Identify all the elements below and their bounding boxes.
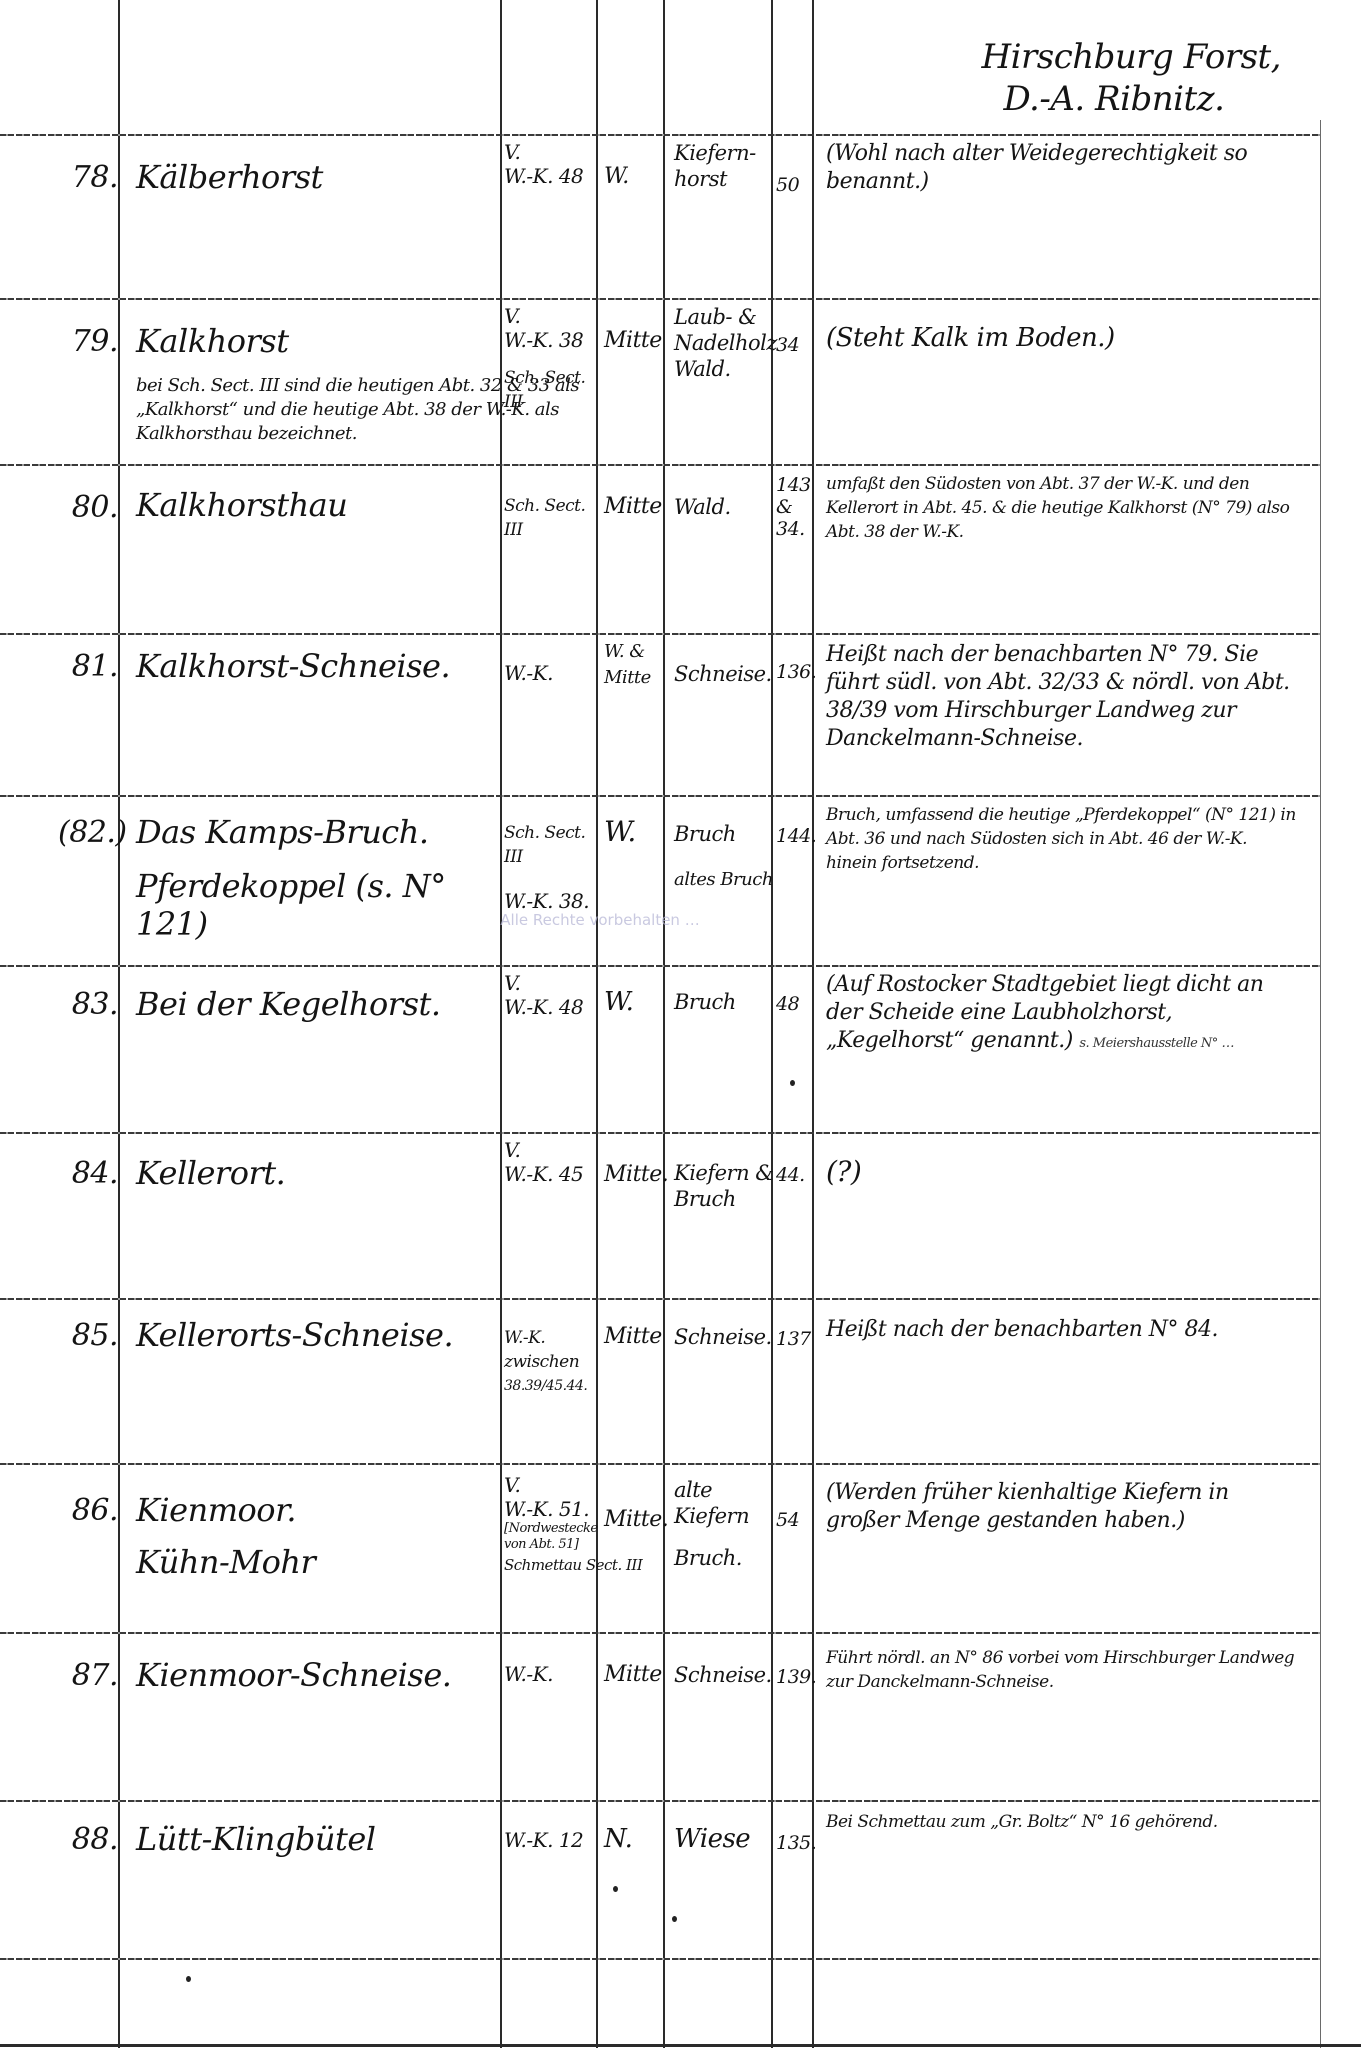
entry-number: 83.: [58, 987, 118, 1022]
source-line: W.-K. 48: [504, 164, 604, 188]
type-cell: Wiese: [674, 1826, 774, 1852]
remark: Führt nördl. an N° 86 vorbei vom Hirschb…: [826, 1646, 1296, 1694]
source-line: V.: [504, 1473, 604, 1497]
row-rule: [0, 1958, 1320, 1960]
place-name: Kellerort.: [136, 1154, 496, 1192]
ref-number: 137: [776, 1328, 810, 1350]
location-header: Hirschburg Forst, D.-A. Ribnitz.: [981, 36, 1281, 120]
scan-speck: [613, 1886, 618, 1892]
type-cell: alte Kiefern Bruch.: [674, 1477, 774, 1571]
source-line: W.-K. zwischen: [504, 1326, 604, 1374]
place-name-alt: Pferdekoppel (s. N° 121): [136, 867, 496, 943]
type-cell: Bruch altes Bruch: [674, 821, 774, 893]
position-cell: W.: [604, 164, 662, 190]
position-cell: Mitte.: [604, 1507, 662, 1533]
source-line: 38.39/45.44.: [504, 1374, 604, 1398]
place-name: Kienmoor.: [136, 1491, 496, 1529]
source-line: V.: [504, 971, 604, 995]
place-name: Kalkhorst-Schneise.: [136, 647, 496, 685]
table-row: 83. Bei der Kegelhorst. V. W.-K. 48 W. B…: [0, 965, 1361, 1132]
source-line: Schmettau Sect. III: [504, 1553, 604, 1577]
source-cell: V. W.-K. 51. [Nordwestecke von Abt. 51] …: [504, 1473, 604, 1577]
header-line-1: Hirschburg Forst,: [981, 36, 1281, 78]
remark: (Steht Kalk im Boden.): [826, 324, 1296, 352]
place-name: Kalkhorsthau: [136, 486, 496, 524]
table-row: 79. Kalkhorst bei Sch. Sect. III sind di…: [0, 298, 1361, 464]
source-cell: W.-K.: [504, 661, 604, 685]
table-row: (82.) Das Kamps-Bruch. Pferdekoppel (s. …: [0, 795, 1361, 965]
position-cell: N.: [604, 1826, 662, 1852]
source-line: [Nordwestecke von Abt. 51]: [504, 1521, 604, 1553]
remark: Bruch, umfassend die heutige „Pferdekopp…: [826, 803, 1296, 875]
type-cell: Kiefern & Bruch: [674, 1160, 774, 1212]
table-row: 86. Kienmoor. Kühn-Mohr V. W.-K. 51. [No…: [0, 1463, 1361, 1632]
source-line: W.-K. 51.: [504, 1497, 604, 1521]
ref-number: 144.: [776, 825, 810, 847]
source-cell: W.-K.: [504, 1662, 604, 1686]
header-line-2: D.-A. Ribnitz.: [981, 78, 1281, 120]
source-line: Sch. Sect. III: [504, 821, 604, 869]
place-name: Kellerorts-Schneise.: [136, 1316, 496, 1354]
source-line: W.-K. 48: [504, 995, 604, 1019]
ref-number: 48: [776, 993, 810, 1015]
remark: Heißt nach der benachbarten N° 79. Sie f…: [826, 641, 1296, 753]
ref-number: 143 & 34.: [776, 474, 810, 540]
position-cell: Mitte: [604, 1662, 662, 1688]
source-cell: V. W.-K. 48: [504, 140, 604, 188]
type-line: alte Kiefern: [674, 1477, 774, 1529]
ref-number: 135.: [776, 1832, 810, 1854]
place-name: Lütt-Klingbütel: [136, 1820, 496, 1858]
source-line: W.-K. 45: [504, 1162, 604, 1186]
ref-number: 34: [776, 334, 810, 356]
ref-number: 139.: [776, 1666, 810, 1688]
source-cell: Sch. Sect. III: [504, 494, 604, 542]
source-line: V.: [504, 1138, 604, 1162]
entry-number: 87.: [58, 1658, 118, 1693]
scan-speck: [672, 1916, 677, 1922]
source-cell: V. W.-K. 38 Sch. Sect. III: [504, 304, 604, 414]
entry-number: 80.: [58, 490, 118, 525]
ledger-page: Hirschburg Forst, D.-A. Ribnitz. Alle Re…: [0, 0, 1361, 2048]
position-cell: Mitte.: [604, 1162, 662, 1188]
position-cell: Mitte: [604, 328, 662, 354]
position-cell: W.: [604, 819, 662, 845]
source-line: W.-K. 38.: [504, 889, 604, 913]
type-cell: Wald.: [674, 494, 774, 520]
source-cell: W.-K. zwischen 38.39/45.44.: [504, 1326, 604, 1398]
position-cell: W. & Mitte: [604, 639, 662, 691]
entry-number: 85.: [58, 1318, 118, 1353]
place-name: Kälberhorst: [136, 158, 496, 196]
bottom-rule: [0, 2044, 1361, 2047]
remark: (Werden früher kienhaltige Kiefern in gr…: [826, 1479, 1296, 1535]
entry-number: 84.: [58, 1156, 118, 1191]
scan-speck: [790, 1080, 795, 1086]
place-name: Kalkhorst: [136, 322, 289, 360]
table-row: 85. Kellerorts-Schneise. W.-K. zwischen …: [0, 1298, 1361, 1463]
place-name-cell: Kalkhorst bei Sch. Sect. III sind die he…: [136, 322, 496, 446]
source-cell: W.-K. 12: [504, 1828, 604, 1852]
entry-number: 81.: [58, 649, 118, 684]
scan-speck: [186, 1976, 191, 1982]
source-cell: Sch. Sect. III W.-K. 38.: [504, 821, 604, 913]
type-line: Bruch.: [674, 1545, 774, 1571]
table-row: 87. Kienmoor-Schneise. W.-K. Mitte Schne…: [0, 1632, 1361, 1800]
entry-number: 79.: [58, 324, 118, 359]
remark: (Wohl nach alter Weidegerechtigkeit so b…: [826, 140, 1296, 196]
entry-number: (82.): [58, 815, 118, 850]
entry-number: 86.: [58, 1493, 118, 1528]
remark: (?): [826, 1158, 1296, 1186]
type-cell: Schneise.: [674, 1662, 774, 1688]
position-cell: Mitte: [604, 494, 662, 520]
remark-note: s. Meiershausstelle N° …: [1079, 1036, 1234, 1051]
table-row: 78. Kälberhorst V. W.-K. 48 W. Kiefern-h…: [0, 134, 1361, 298]
place-name-cell: Kienmoor. Kühn-Mohr: [136, 1491, 496, 1581]
source-line: V.: [504, 140, 604, 164]
type-cell: Schneise.: [674, 661, 774, 687]
table-row: 88. Lütt-Klingbütel W.-K. 12 N. Wiese 13…: [0, 1800, 1361, 1958]
remark: umfaßt den Südosten von Abt. 37 der W.-K…: [826, 472, 1296, 544]
source-cell: V. W.-K. 45: [504, 1138, 604, 1186]
remark-cell: (Auf Rostocker Stadtgebiet liegt dicht a…: [826, 971, 1296, 1058]
place-name: Bei der Kegelhorst.: [136, 985, 496, 1023]
ref-number: 54: [776, 1509, 810, 1531]
type-line: Bruch: [674, 821, 774, 847]
source-cell: V. W.-K. 48: [504, 971, 604, 1019]
position-cell: W.: [604, 989, 662, 1015]
source-line: Sch. Sect. III: [504, 366, 604, 414]
place-name-alt: Kühn-Mohr: [136, 1543, 496, 1581]
source-line: V.: [504, 304, 604, 328]
table-row: 81. Kalkhorst-Schneise. W.-K. W. & Mitte…: [0, 633, 1361, 795]
type-cell: Bruch: [674, 989, 774, 1015]
type-cell: Laub- & Nadelholz Wald.: [674, 304, 774, 382]
entry-number: 78.: [58, 160, 118, 195]
place-name: Kienmoor-Schneise.: [136, 1656, 496, 1694]
ref-number: 44.: [776, 1164, 810, 1186]
table-row: 84. Kellerort. V. W.-K. 45 Mitte. Kiefer…: [0, 1132, 1361, 1298]
type-cell: Kiefern-horst: [674, 140, 774, 192]
type-line: altes Bruch: [674, 867, 774, 893]
place-name: Das Kamps-Bruch.: [136, 813, 496, 851]
position-cell: Mitte: [604, 1324, 662, 1350]
entry-number: 88.: [58, 1822, 118, 1857]
table-row: 80. Kalkhorsthau Sch. Sect. III Mitte Wa…: [0, 464, 1361, 633]
ref-number: 136.: [776, 661, 810, 683]
remark: Heißt nach der benachbarten N° 84.: [826, 1316, 1296, 1344]
type-cell: Schneise.: [674, 1324, 774, 1350]
source-line: W.-K. 38: [504, 328, 604, 352]
remark: Bei Schmettau zum „Gr. Boltz“ N° 16 gehö…: [826, 1810, 1296, 1834]
place-name-cell: Das Kamps-Bruch. Pferdekoppel (s. N° 121…: [136, 813, 496, 943]
ref-number: 50: [776, 174, 810, 196]
